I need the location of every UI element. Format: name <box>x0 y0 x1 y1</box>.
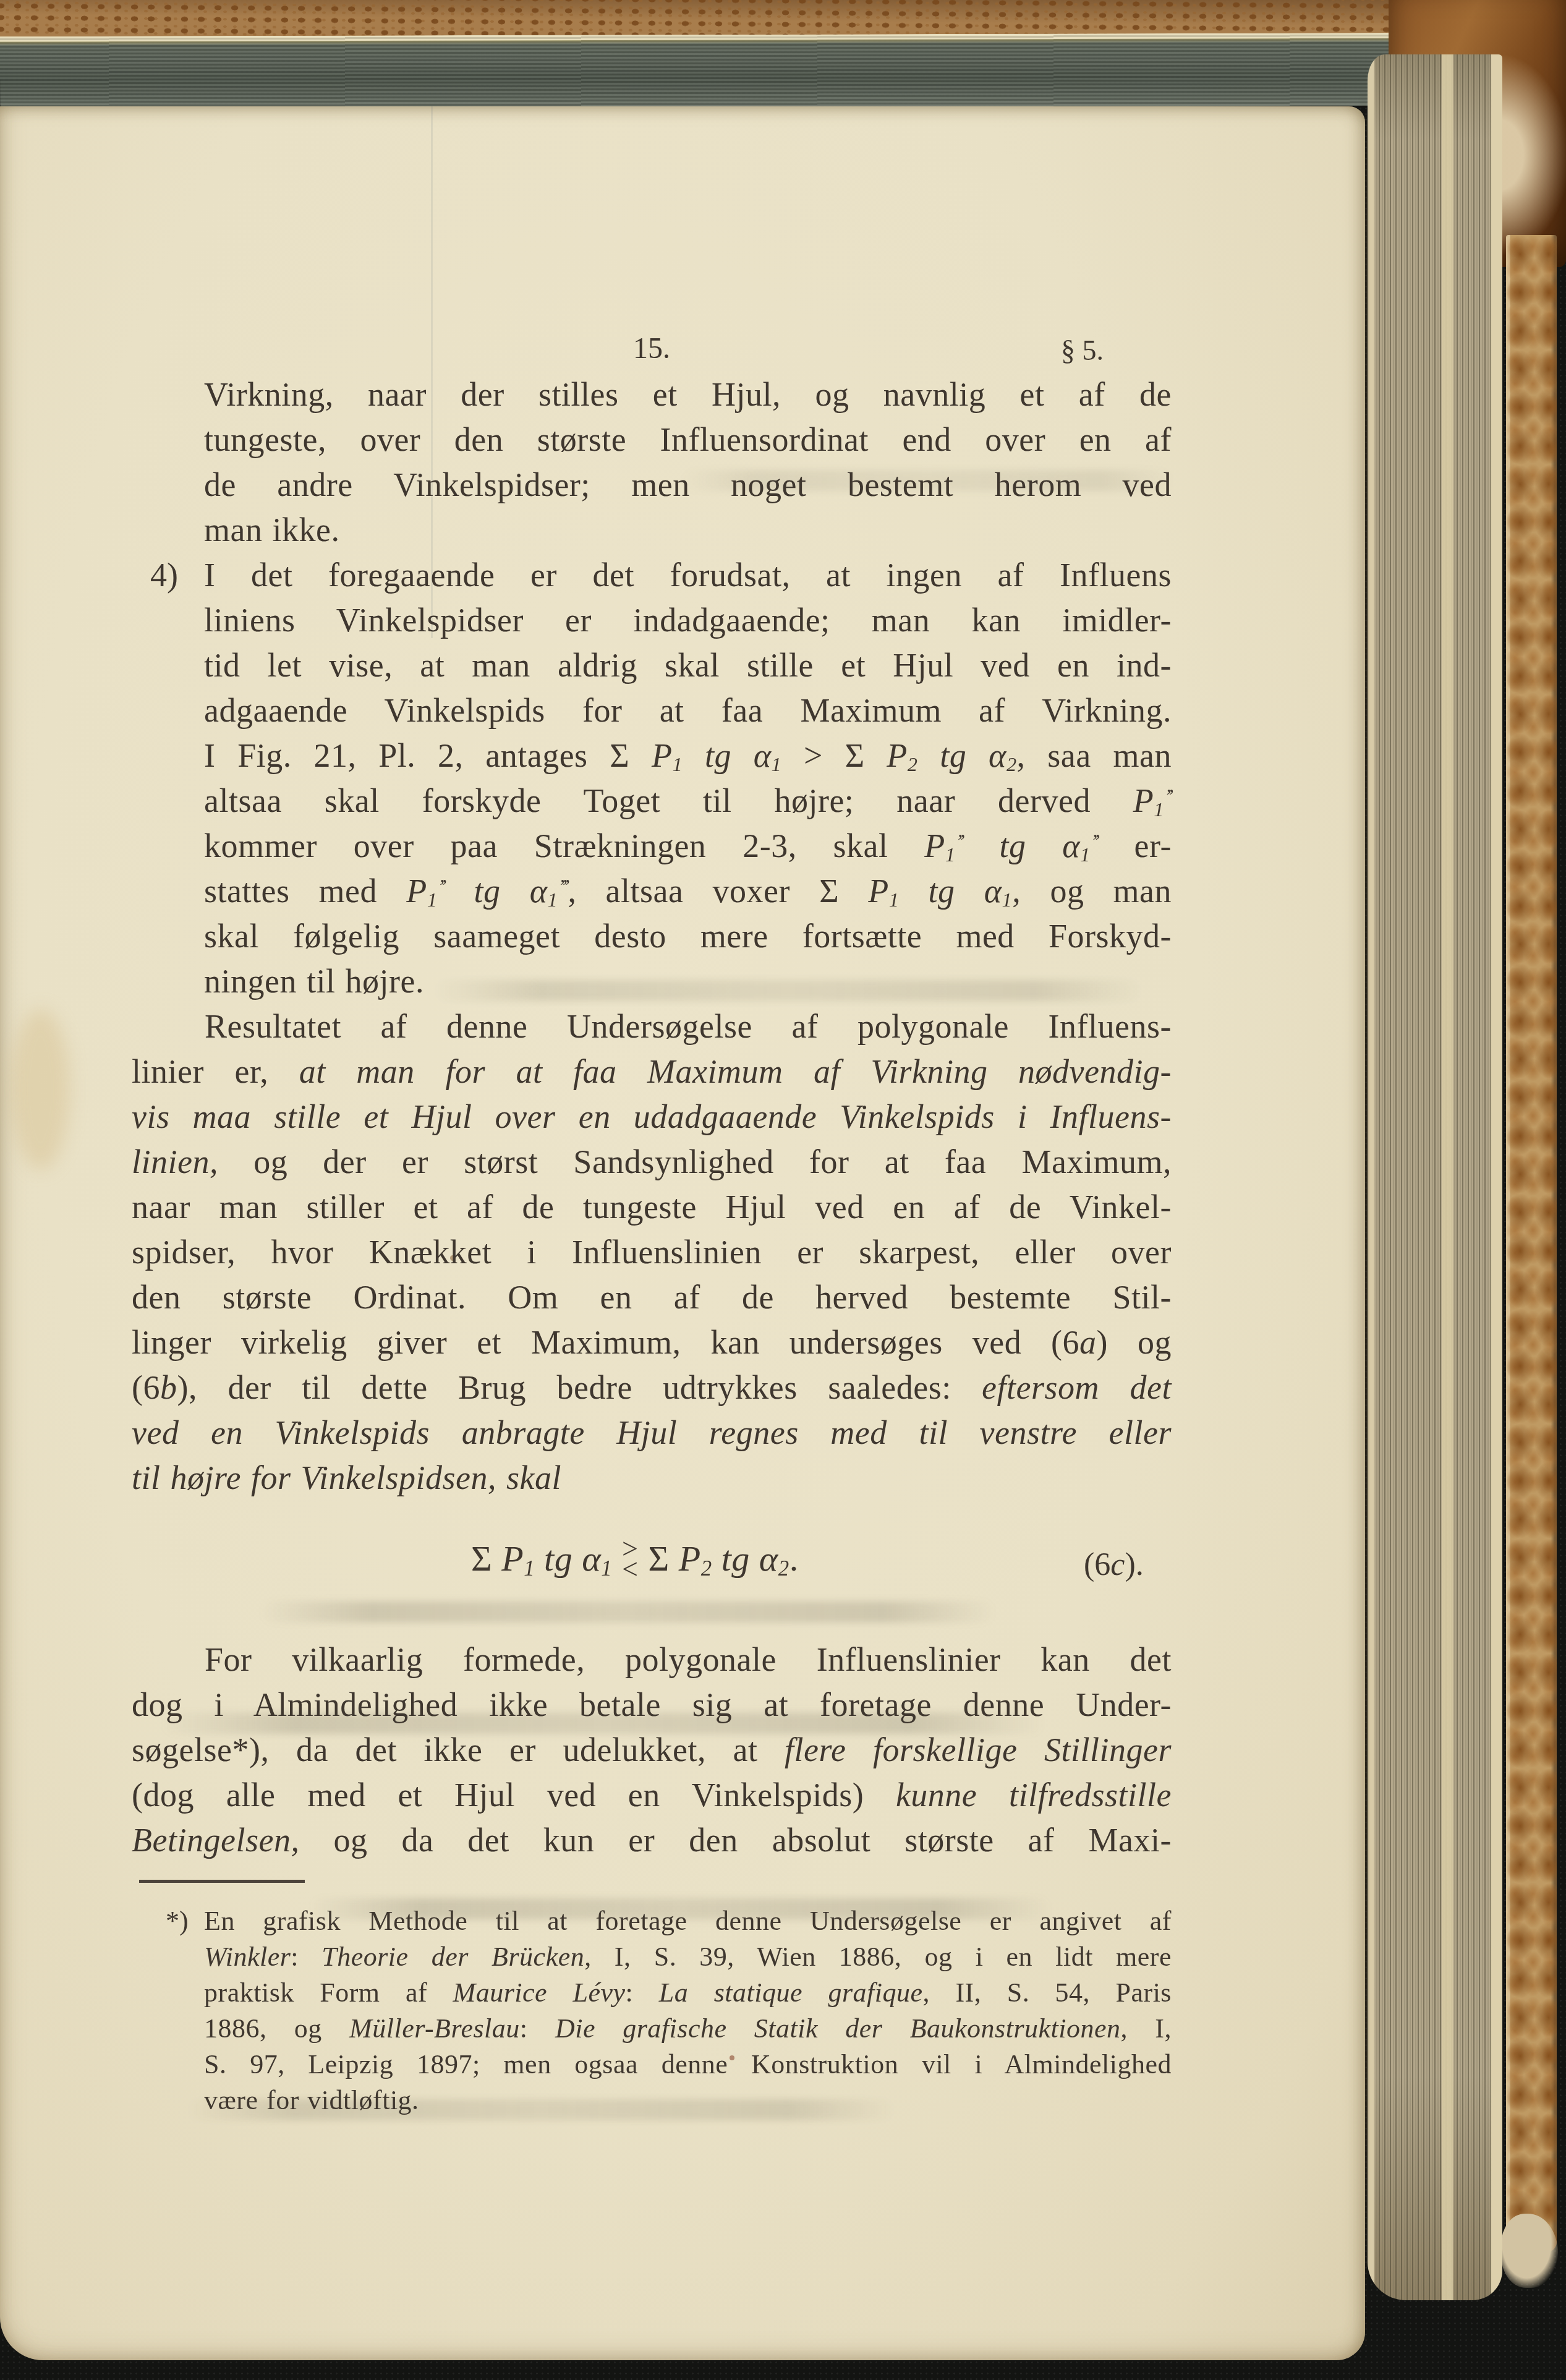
text-line: S. 97, Leipzig 1897; men ogsaa denne Kon… <box>204 2047 1172 2083</box>
text-line: Winkler: Theorie der Brücken, I, S. 39, … <box>204 1939 1172 1975</box>
list-item-4-body: I det foregaaende er det forudsat, at in… <box>204 553 1172 1004</box>
list-item-4-marker: 4) <box>150 553 178 598</box>
text-line: tid let vise, at man aldrig skal stille … <box>204 643 1172 688</box>
text-line: kommer over paa Strækningen 2-3, skal P1… <box>204 824 1172 869</box>
text-line: tungeste, over den største Influensordin… <box>204 417 1172 463</box>
text-line: linien, og der er størst Sandsynlighed f… <box>132 1140 1172 1185</box>
text-line: vis maa stille et Hjul over en udadgaaen… <box>132 1094 1172 1140</box>
text-line: adgaaende Vinkelspids for at faa Maximum… <box>204 688 1172 733</box>
paragraph-result: Resultatet af denne Undersøgelse af poly… <box>132 1004 1172 1501</box>
text-line: 1886, og Müller-Breslau: Die grafische S… <box>204 2011 1172 2047</box>
section-mark: § 5. <box>1061 336 1104 365</box>
text-line: I det foregaaende er det forudsat, at in… <box>204 553 1172 598</box>
equation-number: (6c). <box>1084 1546 1144 1583</box>
text-line: linier er, at man for at faa Maximum af … <box>132 1049 1172 1094</box>
text-line: søgelse*), da det ikke er udelukket, at … <box>132 1728 1172 1773</box>
text-line: For vilkaarlig formede, polygonale Influ… <box>132 1637 1172 1683</box>
text-line: ningen til højre. <box>204 959 1172 1004</box>
footnote: En grafisk Methode til at foretage denne… <box>204 1903 1172 2118</box>
text-line: (6b), der til dette Brug bedre udtrykkes… <box>132 1365 1172 1410</box>
text-line: ved en Vinkelspids anbragte Hjul regnes … <box>132 1410 1172 1456</box>
text-line: linger virkelig giver et Maximum, kan un… <box>132 1320 1172 1365</box>
text-line: Resultatet af denne Undersøgelse af poly… <box>132 1004 1172 1049</box>
text-line: til højre for Vinkelspidsen, skal <box>132 1456 1172 1501</box>
book-cover-marbled-edge <box>1506 235 1557 2252</box>
footnote-marker: *) <box>166 1903 189 1939</box>
book-fore-edge-pages <box>1368 54 1502 2300</box>
text-line: dog i Almindelighed ikke betale sig at f… <box>132 1683 1172 1728</box>
paragraph-continuation: Virkning, naar der stilles et Hjul, og n… <box>204 372 1172 553</box>
text-line: spidser, hvor Knækket i Influenslinien e… <box>132 1230 1172 1275</box>
text-line: I Fig. 21, Pl. 2, antages Σ P1 tg α1 > Σ… <box>204 733 1172 778</box>
foxing-stain <box>11 1009 70 1170</box>
text-line: skal følgelig saameget desto mere fortsæ… <box>204 914 1172 959</box>
text-line: man ikke. <box>204 508 1172 553</box>
text-line: de andre Vinkelspidser; men noget bestem… <box>204 463 1172 508</box>
text-line: Betingelsen, og da det kun er den absolu… <box>132 1818 1172 1863</box>
text-line: stattes med P1’’ tg α1’’’, altsaa voxer … <box>204 869 1172 914</box>
footnote-divider <box>139 1880 305 1883</box>
text-line: Virkning, naar der stilles et Hjul, og n… <box>204 372 1172 417</box>
text-line: En grafisk Methode til at foretage denne… <box>204 1903 1172 1939</box>
text-line: den største Ordinat. Om en af de herved … <box>132 1275 1172 1320</box>
text-line: være for vidtløftig. <box>204 2083 1172 2118</box>
equation-6c: Σ P1 tg α1><Σ P2 tg α2. (6c). <box>132 1512 1172 1642</box>
equation-formula: Σ P1 tg α1><Σ P2 tg α2. <box>471 1538 799 1583</box>
text-line: altsaa skal forskyde Toget til højre; na… <box>204 778 1172 824</box>
paragraph-general-case: For vilkaarlig formede, polygonale Influ… <box>132 1637 1172 1863</box>
text-line: naar man stiller et af de tungeste Hjul … <box>132 1185 1172 1230</box>
text-line: (dog alle med et Hjul ved en Vinkelspids… <box>132 1773 1172 1818</box>
book-page: 15. § 5. Virkning, naar der stilles et H… <box>0 106 1365 2360</box>
text-line: praktisk Form af Maurice Lévy: La statiq… <box>204 1975 1172 2011</box>
text-line: liniens Vinkelspidser er indadgaaende; m… <box>204 598 1172 643</box>
page-number: 15. <box>132 334 1172 364</box>
book-top-page-edges <box>0 33 1398 109</box>
